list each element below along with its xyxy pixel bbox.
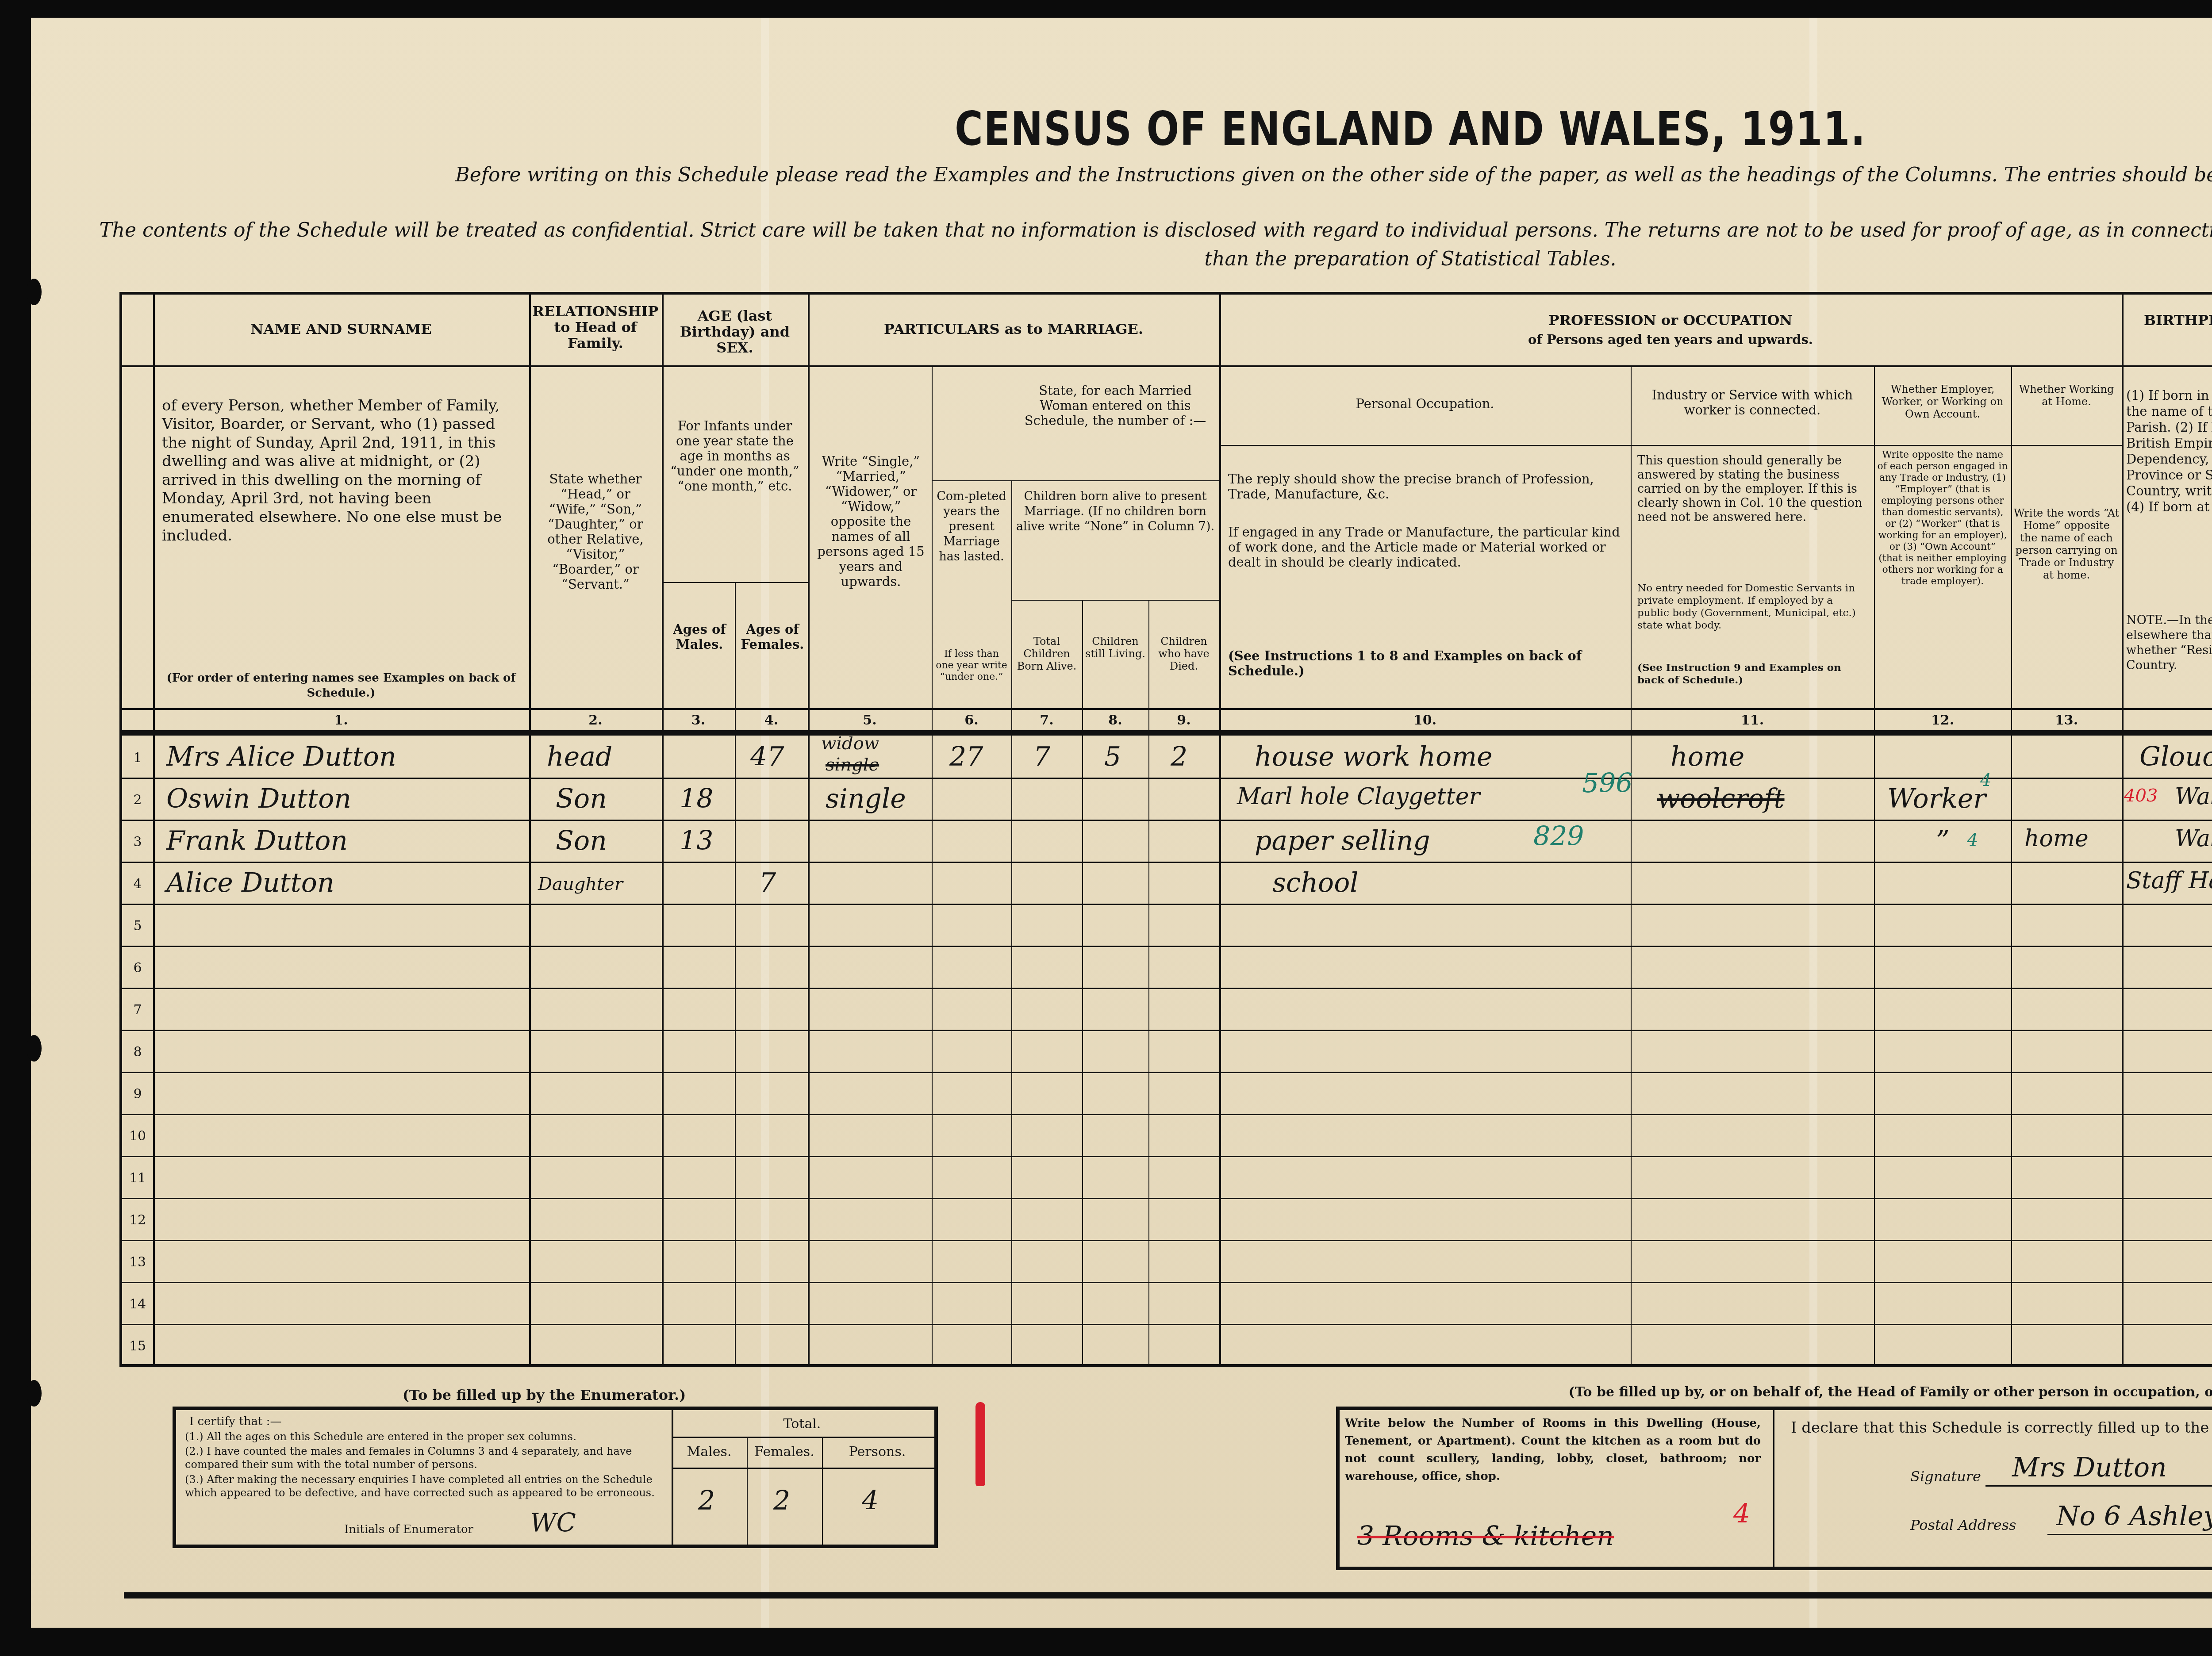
household-box: Write below the Number of Rooms in this … [1336, 1407, 2212, 1570]
col-line [2122, 295, 2124, 1364]
col-line [808, 295, 810, 1364]
row-line [122, 1156, 2212, 1157]
sub-divider [662, 582, 808, 583]
entry-age-female[interactable]: 47 [750, 741, 784, 772]
box-divider [1773, 1410, 1774, 1567]
entry-years-married[interactable]: 27 [949, 741, 983, 772]
industry-label: Industry or Service with which worker is… [1633, 387, 1872, 418]
row-line [122, 1030, 2212, 1031]
industry-instr-1: This question should generally be answer… [1637, 454, 1867, 525]
entry-children-died[interactable]: 2 [1171, 741, 1187, 772]
row-number: 3 [122, 834, 153, 850]
industry-instr-3: (See Instruction 9 and Examples on back … [1637, 662, 1867, 686]
entry-age-male[interactable]: 13 [680, 825, 713, 856]
col-line [153, 295, 155, 1364]
home-label: Whether Working at Home. [2013, 383, 2120, 408]
col-number-12: 12. [1874, 713, 2011, 728]
heading-relationship: RELATIONSHIP to Head of Family. [529, 303, 662, 351]
red-pencil-mark [975, 1402, 985, 1486]
entry-name[interactable]: Frank Dutton [166, 825, 348, 856]
row-number: 4 [122, 876, 153, 892]
intro-line-2: The contents of the Schedule will be tre… [0, 219, 2212, 241]
entry-employer-status[interactable]: ” [1936, 825, 1950, 856]
entry-occupation[interactable]: Marl hole Claygetter [1237, 783, 1480, 810]
punch-hole [27, 1035, 42, 1062]
heading-age: AGE (last Birthday) and SEX. [662, 308, 808, 356]
col-line [1011, 480, 1012, 1364]
entry-relationship[interactable]: head [547, 741, 612, 772]
initials-label: Initials of Enumerator [344, 1521, 473, 1538]
entry-children-born[interactable]: 7 [1033, 741, 1050, 772]
signature-line [1985, 1485, 2212, 1487]
total-label: Total. [672, 1415, 933, 1433]
entry-relationship[interactable]: Son [556, 825, 607, 856]
intro-line-1: Before writing on this Schedule please r… [0, 164, 2212, 186]
col-line [735, 582, 736, 1364]
declaration-text: I declare that this Schedule is correctl… [1791, 1419, 2212, 1437]
col-number-14: 14. [2122, 713, 2212, 728]
entry-at-home[interactable]: home [2024, 825, 2089, 852]
col-number-8: 8. [1082, 713, 1148, 728]
row-line [122, 946, 2212, 947]
name-note: (For order of entering names see Example… [162, 671, 520, 701]
entry-age-male[interactable]: 18 [680, 783, 713, 814]
col-line [932, 365, 933, 1364]
entry-age-female[interactable]: 7 [759, 867, 776, 898]
col-number-13: 13. [2011, 713, 2122, 728]
col-number-10: 10. [1219, 713, 1631, 728]
entry-industry[interactable]: home [1671, 741, 1744, 772]
row-number: 2 [122, 792, 153, 808]
entry-birthplace[interactable]: Wales Penygraig [2175, 783, 2212, 810]
children-heading: Children born alive to present Marriage.… [1014, 489, 1217, 534]
col-line [529, 295, 531, 1364]
initials-value[interactable]: WC [530, 1507, 576, 1537]
females-label: Females. [747, 1443, 822, 1461]
col-number-5: 5. [808, 713, 932, 728]
sub-divider [1011, 600, 1219, 601]
census-table: NAME AND SURNAME RELATIONSHIP to Head of… [119, 292, 2212, 1367]
entry-name[interactable]: Mrs Alice Dutton [166, 741, 396, 772]
entry-occupation[interactable]: paper selling [1255, 825, 1430, 856]
industry-instr-2: No entry needed for Domestic Servants in… [1637, 582, 1867, 632]
signature-label: Signature [1910, 1468, 1981, 1485]
relationship-instructions: State whether “Head,” or “Wife,” “Son,” … [536, 471, 655, 592]
enumerator-section-label: (To be filled up by the Enumerator.) [168, 1387, 920, 1403]
persons-label: Persons. [822, 1443, 933, 1461]
still-living-label: Children still Living. [1083, 635, 1148, 660]
household-section-label: (To be filled up by, or on behalf of, th… [1336, 1384, 2212, 1400]
years-married-note: If less than one year write “under one.” [934, 648, 1009, 683]
col-number-3: 3. [662, 713, 735, 728]
col-line [1631, 365, 1632, 1364]
personal-instr-3: (See Instructions 1 to 8 and Examples on… [1228, 648, 1622, 678]
entry-occupation[interactable]: house work home [1255, 741, 1493, 772]
heading-marriage: PARTICULARS as to MARRIAGE. [808, 321, 1219, 337]
rooms-value[interactable]: 3 Rooms & kitchen [1357, 1521, 1614, 1552]
employer-code: 4 [1967, 830, 1978, 850]
row-line [122, 904, 2212, 905]
col-line [1874, 365, 1875, 1364]
row-number: 10 [122, 1128, 153, 1144]
entry-employer-status[interactable]: Worker [1887, 783, 1986, 814]
ages-females-label: Ages of Females. [737, 622, 808, 652]
header-divider [122, 365, 2212, 367]
married-woman-instructions: State, for each Married Woman entered on… [1014, 383, 1217, 428]
col-number-2: 2. [529, 713, 662, 728]
col-number-9: 9. [1148, 713, 1219, 728]
rooms-correction: 4 [1733, 1499, 1750, 1529]
certify-item-1: (1.) All the ages on this Schedule are e… [185, 1430, 663, 1443]
occupation-code: 596 [1582, 768, 1633, 799]
row-number: 6 [122, 960, 153, 976]
row-line [122, 1282, 2212, 1283]
heading-occupation: PROFESSION or OCCUPATION [1219, 312, 2122, 328]
address-line-1[interactable]: No 6 Ashley squre [2056, 1501, 2212, 1532]
intro-line-3: than the preparation of Statistical Tabl… [0, 248, 2212, 270]
entry-condition[interactable]: widow [821, 733, 879, 754]
row-line [122, 1072, 2212, 1073]
col-number-4: 4. [735, 713, 808, 728]
entry-condition[interactable]: single [826, 783, 906, 814]
punch-hole [27, 1380, 42, 1407]
row-number: 12 [122, 1212, 153, 1228]
col-line [1219, 295, 1221, 1364]
punch-hole [27, 279, 42, 305]
row-number: 14 [122, 1296, 153, 1312]
box-divider [672, 1468, 934, 1469]
rooms-instruction: Write below the Number of Rooms in this … [1345, 1414, 1761, 1485]
ages-males-label: Ages of Males. [664, 622, 735, 652]
row-line [122, 778, 2212, 779]
entry-birthplace[interactable]: Staff Hanley [2126, 867, 2212, 894]
entry-industry-struck: woolcroft [1657, 783, 1785, 814]
years-married-label: Com-pleted years the present Marriage ha… [934, 489, 1009, 564]
sub-divider [1219, 445, 2122, 446]
entry-relationship[interactable]: Daughter [538, 874, 623, 894]
birthplace-note: NOTE.—In the case of persons born elsewh… [2126, 613, 2212, 673]
heading-birthplace: BIRTHPLACE of every person. [2122, 312, 2212, 328]
certify-heading: I certify that :— [189, 1414, 658, 1429]
row-line [122, 1324, 2212, 1325]
entry-name[interactable]: Oswin Dutton [166, 783, 351, 814]
personal-instr-1: The reply should show the precise branch… [1228, 471, 1622, 502]
row-line [122, 820, 2212, 821]
sub-divider [932, 480, 1219, 481]
employer-instr: Write opposite the name of each person e… [1876, 449, 2009, 587]
entry-condition-struck: single [826, 755, 879, 775]
total-females[interactable]: 2 [773, 1485, 790, 1516]
personal-occupation-label: Personal Occupation. [1224, 396, 1626, 411]
entry-relationship[interactable]: Son [556, 783, 607, 814]
heading-name: NAME AND SURNAME [153, 321, 529, 337]
row-number: 1 [122, 750, 153, 766]
employer-code: 4 [1980, 770, 1991, 790]
page-bottom-rule [124, 1592, 2212, 1598]
signature-value[interactable]: Mrs Dutton [2012, 1452, 2167, 1483]
entry-birthplace[interactable]: Gloucestershire [2139, 741, 2212, 772]
occupation-code: 829 [1533, 821, 1584, 852]
personal-instr-2: If engaged in any Trade or Manufacture, … [1228, 525, 1622, 570]
entry-birthplace[interactable]: Wales Trealaw [2175, 825, 2212, 852]
col-line [2011, 365, 2012, 1364]
name-instructions: of every Person, whether Member of Famil… [162, 396, 520, 545]
subheading-occupation: of Persons aged ten years and upwards. [1219, 332, 2122, 347]
row-line [122, 988, 2212, 989]
birthplace-instructions: (1) If born in the United Kingdom, write… [2126, 387, 2212, 515]
row-number: 9 [122, 1086, 153, 1102]
row-number: 15 [122, 1338, 153, 1354]
row-line [122, 1240, 2212, 1241]
column-number-divider [122, 730, 2212, 736]
row-number: 8 [122, 1044, 153, 1060]
total-males[interactable]: 2 [698, 1485, 715, 1516]
col-number-1: 1. [153, 713, 529, 728]
col-number-7: 7. [1011, 713, 1082, 728]
entry-name[interactable]: Alice Dutton [166, 867, 334, 898]
home-instr: Write the words “At Home” opposite the n… [2013, 507, 2120, 581]
row-number: 7 [122, 1002, 153, 1018]
males-label: Males. [672, 1443, 747, 1461]
col-number-6: 6. [932, 713, 1011, 728]
col-number-11: 11. [1631, 713, 1874, 728]
row-line [122, 862, 2212, 863]
address-line [2047, 1534, 2212, 1535]
row-number: 13 [122, 1254, 153, 1270]
certify-item-3: (3.) After making the necessary enquirie… [185, 1473, 663, 1499]
age-instructions: For Infants under one year state the age… [666, 418, 803, 494]
header-bottom-divider [122, 708, 2212, 710]
row-line [122, 1114, 2212, 1115]
entry-children-living[interactable]: 5 [1104, 741, 1121, 772]
condition-instructions: Write “Single,” “Married,” “Widower,” or… [812, 454, 929, 589]
died-label: Children who have Died. [1149, 635, 1218, 672]
col-line [662, 295, 664, 1364]
row-number: 11 [122, 1170, 153, 1186]
entry-occupation[interactable]: school [1272, 867, 1358, 898]
enumerator-box: I certify that :— (1.) All the ages on t… [173, 1407, 938, 1548]
certify-item-2: (2.) I have counted the males and female… [185, 1445, 663, 1471]
total-persons[interactable]: 4 [862, 1485, 879, 1516]
row-line [122, 1198, 2212, 1199]
total-born-label: Total Children Born Alive. [1012, 635, 1081, 672]
page-title: CENSUS OF ENGLAND AND WALES, 1911. [254, 102, 2212, 156]
address-label: Postal Address [1910, 1516, 2016, 1534]
birthplace-code-mark: 403 [2124, 786, 2158, 806]
row-number: 5 [122, 918, 153, 934]
employer-label: Whether Employer, Worker, or Working on … [1876, 383, 2009, 420]
box-divider [672, 1437, 934, 1438]
